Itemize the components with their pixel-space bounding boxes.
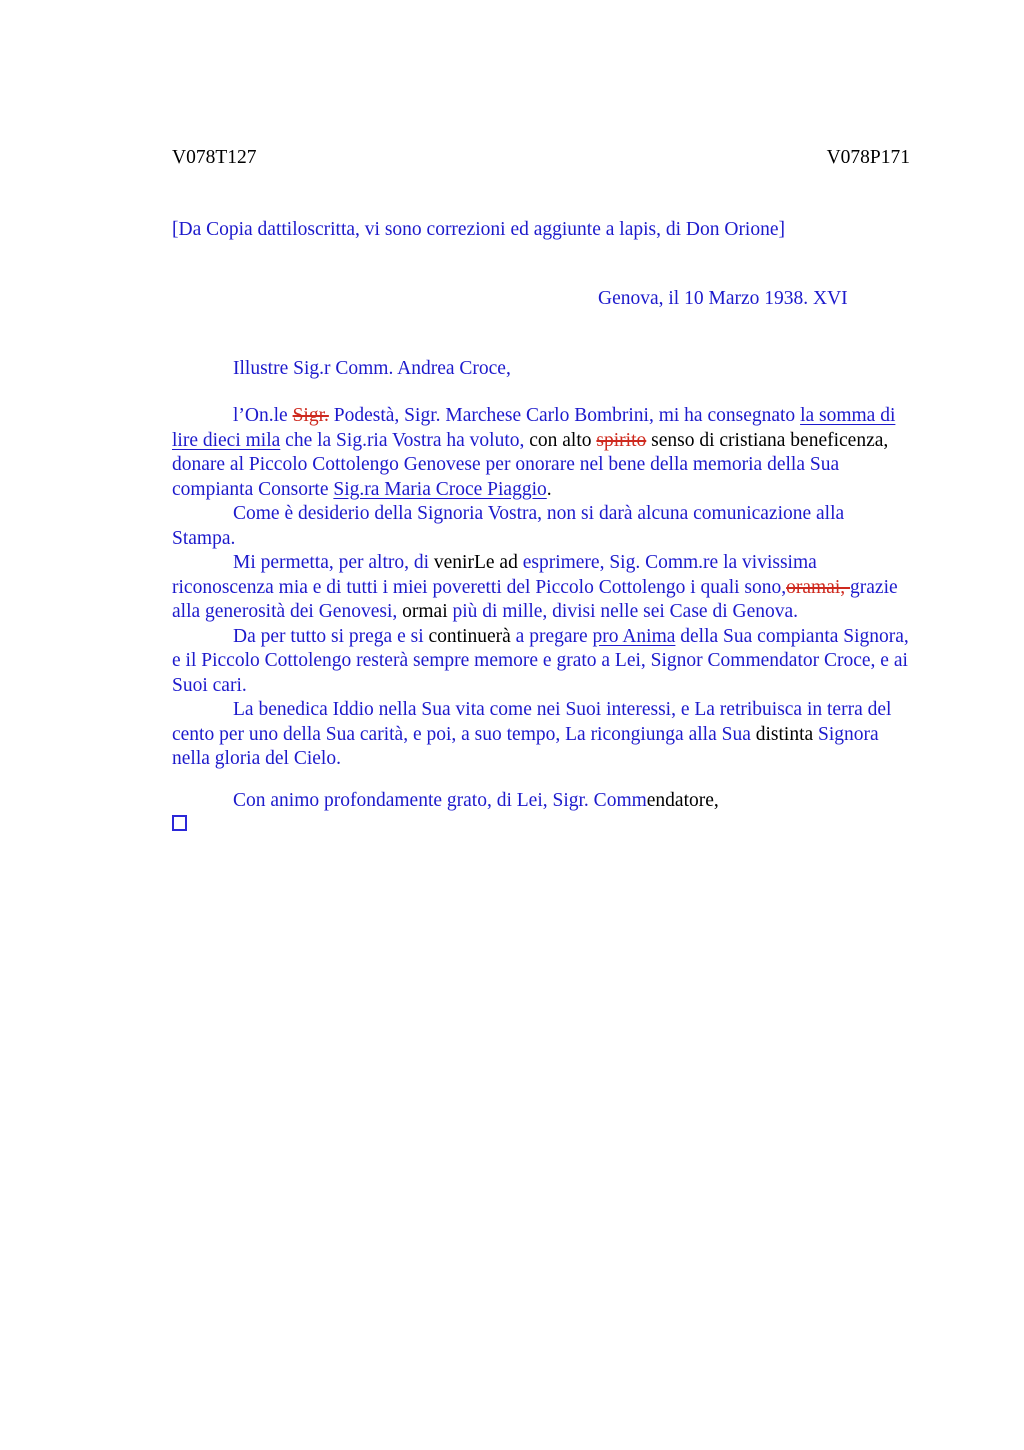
text-segment-blue-underline: Sig.ra Maria Croce Piaggio	[333, 479, 546, 500]
letter-paragraph: Da per tutto si prega e si continuerà a …	[172, 625, 910, 699]
text-segment-black: con alto	[529, 430, 596, 451]
text-segment-red-strike: oramai,	[786, 577, 850, 598]
archive-codes-row: V078T127 V078P171	[172, 146, 910, 171]
salutation: Illustre Sig.r Comm. Andrea Croce,	[172, 357, 910, 382]
dateline: Genova, il 10 Marzo 1938. XVI	[172, 287, 910, 312]
editorial-note: [Da Copia dattiloscritta, vi sono correz…	[172, 218, 910, 243]
letter-paragraph: La benedica Iddio nella Sua vita come ne…	[172, 698, 910, 772]
text-segment-blue: Come è desiderio della Signoria Vostra, …	[172, 503, 844, 549]
text-segment-black: continuerà	[429, 626, 511, 647]
text-segment-blue: che la Sig.ria Vostra ha voluto,	[280, 430, 529, 451]
text-segment-black: senso di cristiana beneficenza,	[646, 430, 888, 451]
text-segment-black: distinta	[756, 724, 813, 745]
archive-code-left: V078T127	[172, 146, 257, 171]
text-segment-black: endatore,	[647, 790, 719, 811]
text-segment-black: venirLe ad	[434, 552, 523, 573]
text-segment-black: ormai	[402, 601, 452, 622]
text-segment-black: .	[547, 479, 552, 500]
text-segment-blue: a pregare	[511, 626, 593, 647]
text-segment-blue: l’On.le	[233, 405, 293, 426]
letter-paragraph: Come è desiderio della Signoria Vostra, …	[172, 502, 910, 551]
document-page: V078T127 V078P171 [Da Copia dattiloscrit…	[0, 0, 1024, 1450]
text-segment-blue: Da per tutto si prega e si	[233, 626, 429, 647]
letter-body: l’On.le Sigr. Podestà, Sigr. Marchese Ca…	[172, 404, 910, 813]
signature-placeholder-line	[172, 813, 910, 838]
archive-code-right: V078P171	[827, 146, 910, 171]
text-segment-red-strike: spirito	[596, 430, 646, 451]
text-segment-blue: Con animo profondamente grato, di Lei, S…	[233, 790, 647, 811]
text-segment-blue: più di mille, divisi nelle sei Case di G…	[452, 601, 798, 622]
text-segment-blue: Mi permetta, per altro, di	[233, 552, 434, 573]
letter-paragraph: Mi permetta, per altro, di venirLe ad es…	[172, 551, 910, 625]
letter-content: V078T127 V078P171 [Da Copia dattiloscrit…	[172, 146, 910, 838]
letter-paragraph: l’On.le Sigr. Podestà, Sigr. Marchese Ca…	[172, 404, 910, 502]
text-segment-red-strike: Sigr.	[293, 405, 329, 426]
closing-paragraph: Con animo profondamente grato, di Lei, S…	[172, 789, 910, 814]
text-segment-blue-underline: pro Anima	[593, 626, 676, 647]
missing-glyph-box-icon	[172, 815, 187, 831]
text-segment-blue: Podestà, Sigr. Marchese Carlo Bombrini, …	[329, 405, 800, 426]
